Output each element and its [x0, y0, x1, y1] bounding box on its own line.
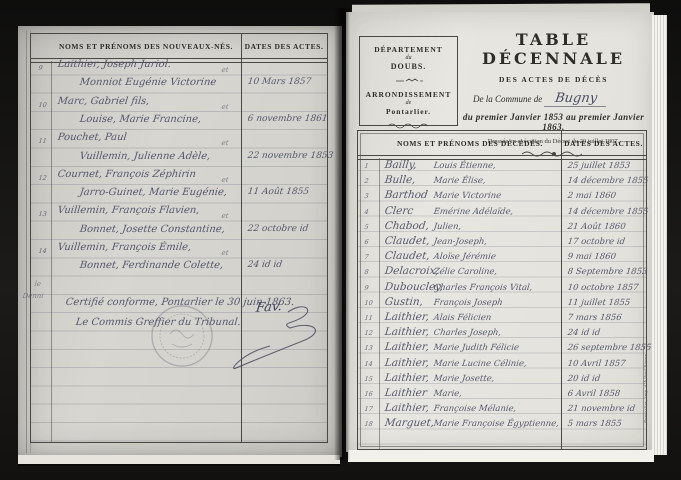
- row-number: 17: [364, 405, 373, 413]
- row-number: 13: [364, 344, 373, 352]
- deceased-surname: Laithier,: [384, 402, 430, 414]
- entry-joiner: et: [221, 176, 229, 184]
- deceased-given-names: Alais Félicien: [433, 313, 492, 323]
- entry-joiner: et: [221, 212, 229, 220]
- entry-joiner: et: [221, 66, 229, 74]
- deces-table: NOMS ET PRÉNOMS DES DÉCÉDÉS. DATES DES A…: [357, 130, 647, 450]
- margin-note: le: [34, 280, 41, 288]
- deceased-surname: Marguet,: [384, 417, 435, 429]
- deces-table-header: NOMS ET PRÉNOMS DES DÉCÉDÉS. DATES DES A…: [358, 131, 646, 155]
- act-date: 2 mai 1860: [567, 191, 617, 201]
- row-number: 11: [38, 137, 47, 145]
- act-date: 8 Septembre 1853: [567, 267, 648, 277]
- row-number: 15: [364, 375, 373, 383]
- ornament-squiggle: [387, 122, 431, 129]
- right-page-bottom-edge: [348, 450, 654, 462]
- entry-line-2: Monniot Eugénie Victorine: [79, 77, 217, 88]
- row-number: 12: [364, 329, 373, 337]
- printer-imprint: Pontarlier, imp. d'Alfred Simon.: [643, 352, 648, 423]
- arrondissement-label: ARRONDISSEMENT: [360, 90, 457, 99]
- deceased-given-names: François Joseph: [433, 298, 503, 308]
- births-table-body: 9Laithier, Joseph Juriol.etMonniot Eugén…: [31, 61, 327, 442]
- deceased-given-names: Emérine Adélaïde,: [433, 207, 514, 217]
- deceased-surname: Barthod: [384, 189, 429, 201]
- births-dates-header: DATES DES ACTES.: [241, 42, 327, 51]
- row-number: 8: [364, 268, 369, 276]
- tribunal-stamp: [150, 304, 214, 368]
- deceased-surname: Laithier: [384, 387, 428, 399]
- entry-line-1: Vuillemin, François Émile,: [57, 242, 192, 253]
- row-number: 4: [364, 208, 369, 216]
- deceased-given-names: Charles François Vital,: [433, 283, 533, 293]
- entry-line-2: Bonnet, Ferdinande Colette,: [79, 260, 224, 271]
- row-number: 1: [364, 162, 369, 170]
- departement-label: DÉPARTEMENT: [360, 45, 457, 54]
- entry-date: 11 Août 1855: [247, 187, 310, 197]
- row-number: 6: [364, 238, 369, 246]
- left-page-bottom-edge: [18, 455, 340, 464]
- deceased-given-names: Marie Élise,: [433, 176, 486, 186]
- deceased-given-names: Marie Josette,: [433, 374, 495, 384]
- entry-joiner: et: [221, 249, 229, 257]
- row-number: 9: [38, 64, 43, 72]
- deceased-surname: Laithier,: [384, 341, 430, 353]
- entry-line-1: Laithier, Joseph Juriol.: [57, 59, 172, 70]
- act-date: 20 id id: [567, 374, 601, 384]
- row-number: 13: [38, 210, 47, 218]
- row-number: 9: [364, 284, 369, 292]
- deceased-given-names: Louis Étienne,: [433, 161, 496, 171]
- entry-date: 22 octobre id: [247, 224, 309, 234]
- departement-name: DOUBS.: [360, 62, 457, 71]
- ornament-divider: [395, 78, 423, 84]
- deceased-surname: Claudet,: [384, 250, 430, 262]
- act-date: 7 mars 1856: [567, 313, 622, 323]
- entry-date: 22 novembre 1853: [247, 151, 334, 161]
- deceased-given-names: Marie Victorine: [433, 191, 502, 201]
- deceased-given-names: Françoise Mélanie,: [433, 404, 517, 414]
- births-table: NOMS ET PRÉNOMS DES NOUVEAUX-NÉS. DATES …: [30, 33, 328, 443]
- row-number: 2: [364, 177, 369, 185]
- deceased-given-names: Marie Judith Félicie: [433, 343, 520, 353]
- arrondissement-name: Pontarlier.: [360, 107, 457, 116]
- commune-name-handwritten: Bugny: [543, 91, 607, 107]
- deceased-surname: Delacroix,: [384, 265, 440, 277]
- deceased-given-names: Marie Lucine Célinie,: [433, 359, 527, 369]
- row-number: 7: [364, 253, 369, 261]
- deceased-surname: Chabod,: [384, 220, 430, 232]
- entry-line-1: Vuillemin, François Flavien,: [57, 205, 200, 216]
- deces-dates-header: DATES DES ACTES.: [561, 139, 646, 148]
- margin-note-flourish: Denni: [22, 292, 44, 300]
- entry-joiner: et: [221, 103, 229, 111]
- act-date: 10 Avril 1857: [567, 359, 626, 369]
- deceased-surname: Laithier,: [384, 311, 430, 323]
- date-range: du premier Janvier 1853 au premier Janvi…: [461, 112, 646, 132]
- page-subtitle: DES ACTES DE DÉCÈS: [461, 75, 646, 84]
- deceased-given-names: Charles Joseph,: [433, 328, 502, 338]
- left-page: NOMS ET PRÉNOMS DES NOUVEAUX-NÉS. DATES …: [18, 26, 342, 457]
- act-date: 5 mars 1855: [567, 419, 622, 429]
- deceased-surname: Claudet,: [384, 235, 430, 247]
- commune-line: De la Commune de Bugny: [461, 91, 646, 107]
- deceased-surname: Laithier,: [384, 326, 430, 338]
- row-number: 14: [38, 247, 47, 255]
- deceased-given-names: Zélie Caroline,: [433, 267, 498, 277]
- deceased-given-names: Marie,: [433, 389, 463, 399]
- deces-table-body: 1Bailly,Louis Étienne,25 juillet 18532Bu…: [358, 158, 646, 449]
- entry-line-1: Pouchet, Paul: [57, 132, 127, 143]
- entry-joiner: et: [221, 139, 229, 147]
- fore-edge-page-stack: [652, 15, 667, 455]
- deceased-given-names: Marie Françoise Égyptienne,: [433, 419, 559, 429]
- deces-names-header: NOMS ET PRÉNOMS DES DÉCÉDÉS.: [379, 139, 561, 148]
- deceased-given-names: Julien,: [433, 222, 462, 232]
- row-number: 10: [38, 101, 47, 109]
- deceased-given-names: Jean-Joseph,: [433, 237, 488, 247]
- arrondissement-de: de: [360, 100, 457, 106]
- act-date: 21 novembre id: [567, 404, 636, 414]
- act-date: 11 juillet 1855: [567, 298, 631, 308]
- act-date: 14 décembre 1855: [567, 176, 649, 186]
- deceased-surname: Laithier,: [384, 372, 430, 384]
- entry-date: 24 id id: [247, 260, 283, 270]
- act-date: 6 Avril 1858: [567, 389, 621, 399]
- deceased-given-names: Aloïse Jérémie: [433, 252, 496, 262]
- departement-du: du: [360, 55, 457, 61]
- act-date: 10 octobre 1857: [567, 283, 639, 293]
- row-number: 14: [364, 360, 373, 368]
- row-number: 10: [364, 299, 373, 307]
- entry-line-2: Jarro-Guinet, Marie Eugénie,: [79, 187, 228, 198]
- right-page: DÉPARTEMENT du DOUBS. ARRONDISSEMENT de …: [346, 12, 654, 452]
- row-number: 5: [364, 223, 369, 231]
- act-date: 24 id id: [567, 328, 601, 338]
- deceased-surname: Laithier,: [384, 357, 430, 369]
- act-date: 21 Août 1860: [567, 222, 626, 232]
- greffier-signature: Fav.: [230, 298, 340, 376]
- entry-line-2: Louise, Marie Francine,: [79, 114, 202, 125]
- act-date: 17 octobre id: [567, 237, 626, 247]
- act-date: 9 mai 1860: [567, 252, 617, 262]
- commune-label: De la Commune de: [473, 94, 542, 104]
- entry-date: 6 novembre 1861: [247, 114, 328, 124]
- deceased-surname: Clerc: [384, 205, 414, 217]
- row-number: 3: [364, 192, 369, 200]
- deceased-surname: Gustin,: [384, 296, 424, 308]
- act-date: 25 juillet 1853: [567, 161, 631, 171]
- entry-date: 10 Mars 1857: [247, 77, 312, 87]
- entry-line-1: Marc, Gabriel fils,: [57, 96, 150, 107]
- act-date: 14 décembre 1855: [567, 207, 649, 217]
- births-names-header: NOMS ET PRÉNOMS DES NOUVEAUX-NÉS.: [51, 42, 241, 51]
- admin-box: DÉPARTEMENT du DOUBS. ARRONDISSEMENT de …: [359, 36, 458, 126]
- act-date: 26 septembre 1855: [567, 343, 652, 353]
- row-number: 11: [364, 314, 373, 322]
- births-table-header: NOMS ET PRÉNOMS DES NOUVEAUX-NÉS. DATES …: [31, 34, 327, 58]
- entry-line-1: Cournet, François Zéphirin: [57, 169, 197, 180]
- row-number: 18: [364, 420, 373, 428]
- book-spine-shadow: [334, 8, 350, 460]
- page-title: TABLE DÉCENNALE: [461, 30, 646, 68]
- row-number: 12: [38, 174, 47, 182]
- row-number: 16: [364, 390, 373, 398]
- entry-line-2: Vuillemin, Julienne Adèle,: [79, 151, 211, 162]
- deceased-surname: Bulle,: [384, 174, 416, 186]
- deceased-surname: Bailly,: [384, 159, 417, 171]
- signature-text: Fav.: [255, 299, 283, 316]
- register-book-spread: NOMS ET PRÉNOMS DES NOUVEAUX-NÉS. DATES …: [0, 0, 681, 480]
- entry-line-2: Bonnet, Josette Constantine,: [79, 224, 226, 235]
